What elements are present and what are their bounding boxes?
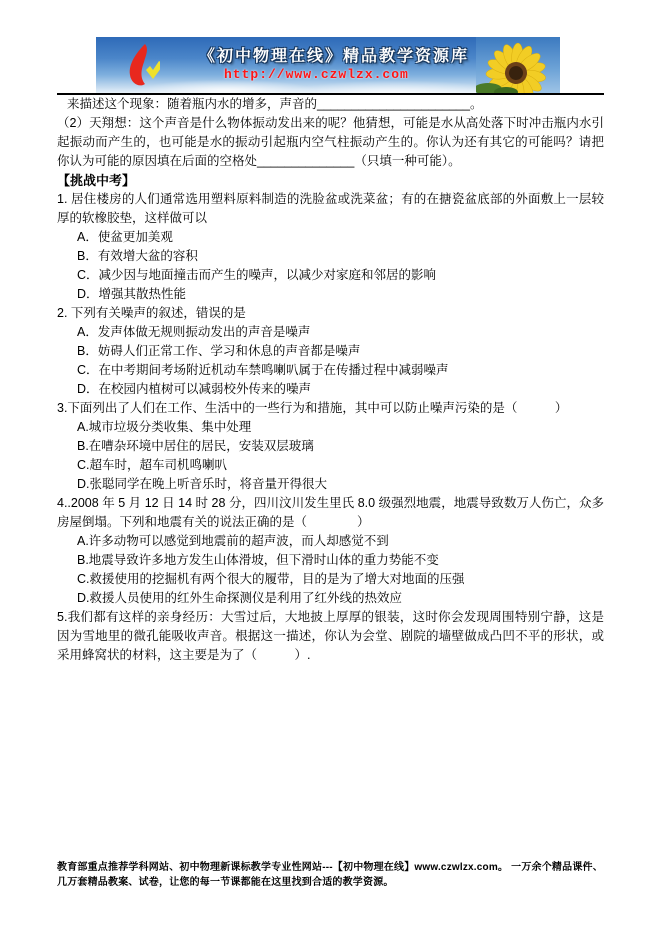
page-footer: 教育部重点推荐学科网站、初中物理新课标教学专业性网站---【初中物理在线】www… [57, 860, 609, 890]
question-paragraph: 4..2008 年 5 月 12 日 14 时 28 分，四川汶川发生里氏 8.… [57, 494, 604, 532]
option-line: B．有效增大盆的容积 [57, 247, 604, 266]
option-line: C．减少因与地面撞击而产生的噪声，以减少对家庭和邻居的影响 [57, 266, 604, 285]
site-banner: 《初中物理在线》精品教学资源库 http://www.czwlzx.com [96, 37, 560, 93]
option-line: A．发声体做无规则振动发出的声音是噪声 [57, 323, 604, 342]
flame-logo-icon [118, 43, 160, 89]
banner-url: http://www.czwlzx.com [224, 67, 409, 82]
question-paragraph: 来描述这个现象：随着瓶内水的增多，声音的____________________… [57, 95, 604, 114]
section-heading: 【挑战中考】 [57, 171, 604, 190]
option-line: B.地震导致许多地方发生山体滑坡，但下滑时山体的重力势能不变 [57, 551, 604, 570]
option-line: C．在中考期间考场附近机动车禁鸣喇叭属于在传播过程中减弱噪声 [57, 361, 604, 380]
option-line: A.城市垃圾分类收集、集中处理 [57, 418, 604, 437]
option-line: D．增强其散热性能 [57, 285, 604, 304]
footer-line-2: 几万套精品教案、试卷，让您的每一节课都能在这里找到合适的教学资源。 [57, 875, 609, 890]
option-line: A．使盆更加美观 [57, 228, 604, 247]
document-body: 来描述这个现象：随着瓶内水的增多，声音的____________________… [57, 95, 604, 665]
question-paragraph: （2）天翔想：这个声音是什么物体振动发出来的呢？他猜想，可能是水从高处落下时冲击… [57, 114, 604, 171]
option-line: D.救援人员使用的红外生命探测仪是利用了红外线的热效应 [57, 589, 604, 608]
option-line: D．在校园内植树可以减弱校外传来的噪声 [57, 380, 604, 399]
question-paragraph: 5.我们都有这样的亲身经历：大雪过后，大地披上厚厚的银装，这时你会发现周围特别宁… [57, 608, 604, 665]
question-paragraph: 2. 下列有关噪声的叙述，错误的是 [57, 304, 604, 323]
question-paragraph: 3.下面列出了人们在工作、生活中的一些行为和措施，其中可以防止噪声污染的是（ ） [57, 399, 604, 418]
option-line: B．妨碍人们正常工作、学习和休息的声音都是噪声 [57, 342, 604, 361]
option-line: C.救援使用的挖掘机有两个很大的履带，目的是为了增大对地面的压强 [57, 570, 604, 589]
option-line: B.在嘈杂环境中居住的居民，安装双层玻璃 [57, 437, 604, 456]
option-line: A.许多动物可以感觉到地震前的超声波，而人却感觉不到 [57, 532, 604, 551]
option-line: C.超车时，超车司机鸣喇叭 [57, 456, 604, 475]
footer-line-1: 教育部重点推荐学科网站、初中物理新课标教学专业性网站---【初中物理在线】www… [57, 860, 609, 875]
option-line: D.张聪同学在晚上听音乐时，将音量开得很大 [57, 475, 604, 494]
banner-title: 《初中物理在线》精品教学资源库 [199, 43, 469, 66]
question-paragraph: 1. 居住楼房的人们通常选用塑料原料制造的洗脸盆或洗菜盆；有的在搪瓷盆底部的外面… [57, 190, 604, 228]
sunflower-photo [476, 37, 560, 93]
worksheet-page: 《初中物理在线》精品教学资源库 http://www.czwlzx.com [0, 0, 661, 936]
